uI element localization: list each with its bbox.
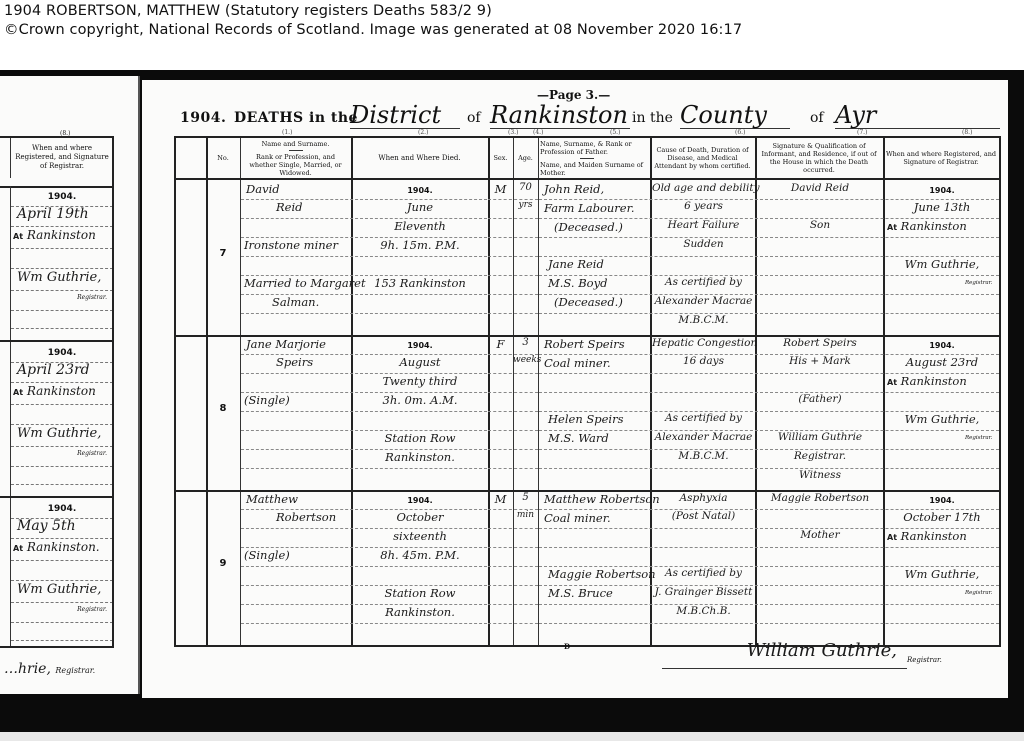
header-parents: Name, Surname, & Rank or Profession of F…: [538, 138, 650, 178]
informant: Son: [757, 219, 883, 231]
footer-registrar-label: Registrar.: [907, 656, 942, 664]
cause-of-death: 6 years: [652, 200, 755, 212]
column-number: (2.): [418, 129, 428, 136]
father-details: (Deceased.): [554, 220, 623, 234]
father-details: Matthew Robertson: [544, 492, 660, 506]
registration-year: 1904.: [885, 496, 999, 505]
death-year: 1904.: [353, 496, 487, 505]
informant: Maggie Robertson: [757, 492, 883, 504]
column-number: (3.): [508, 129, 518, 136]
header-cause: Cause of Death, Duration of Disease, and…: [650, 138, 755, 178]
father-details: Farm Labourer.: [544, 201, 635, 215]
registration-date: August 23rd: [885, 355, 999, 369]
cause-of-death: Alexander Macrae: [652, 295, 755, 307]
registration-place-line: At Rankinston: [887, 374, 967, 388]
footer-signature-line: William Guthrie,: [662, 640, 907, 669]
left-table-border: [0, 136, 114, 648]
deceased-forename: David: [246, 182, 280, 196]
header-when-where: When and Where Died.: [351, 138, 488, 178]
mother-details: (Deceased.): [554, 295, 623, 309]
age-value: 70: [513, 182, 538, 193]
cause-of-death: J. Grainger Bissett: [652, 586, 755, 598]
sex: F: [488, 337, 513, 351]
page-number: —Page 3.—: [537, 88, 610, 102]
header-informant: Signature & Qualification of Informant, …: [755, 138, 883, 178]
register-entry: 9MatthewRobertson(Single)1904.Octobersix…: [176, 490, 999, 645]
header-sex: Sex.: [488, 138, 513, 178]
when-where-died: 3h. 0m. A.M.: [353, 393, 487, 407]
at-label: At: [887, 533, 897, 542]
column-number: (5.): [610, 129, 620, 136]
when-where-died: 8h. 45m. P.M.: [353, 548, 487, 562]
footer-registrar-label: Registrar.: [55, 666, 95, 675]
when-where-died: Rankinston.: [353, 450, 487, 464]
deaths-register-table: No. Name and Surname. Rank or Profession…: [174, 136, 1001, 647]
column-number: (1.): [282, 129, 292, 136]
when-where-died: Station Row: [353, 431, 487, 445]
cause-of-death: Heart Failure: [652, 219, 755, 231]
father-details: Coal miner.: [544, 511, 611, 525]
record-caption: 1904 ROBERTSON, MATTHEW (Statutory regis…: [4, 2, 742, 40]
cause-of-death: M.B.C.M.: [652, 450, 755, 462]
when-where-died: 9h. 15m. P.M.: [353, 238, 487, 252]
entry-number: 7: [206, 248, 240, 259]
age-value: 3: [513, 337, 538, 348]
age-value: 5: [513, 492, 538, 503]
footer-signature: William Guthrie,: [747, 640, 897, 661]
registration-year: 1904.: [885, 341, 999, 350]
cause-of-death: 16 days: [652, 355, 755, 367]
registrar-signature: Wm Guthrie,: [885, 412, 999, 426]
cause-of-death: As certified by: [652, 412, 755, 424]
registration-date: June 13th: [885, 200, 999, 214]
register-page: —Page 3.— 1904. DEATHS in the District o…: [142, 80, 1008, 698]
header-rank-text: Rank or Profession, and whether Single, …: [242, 153, 349, 177]
when-where-died: Twenty third: [353, 374, 487, 388]
mother-details: M.S. Boyd: [548, 276, 607, 290]
column-number: (4.): [533, 129, 543, 136]
county-name: Ayr: [835, 102, 1000, 129]
registration-date: October 17th: [885, 510, 999, 524]
at-label: At: [887, 378, 897, 387]
rank-or-marital-status: Salman.: [272, 295, 319, 309]
registrar-label: Registrar.: [965, 280, 992, 286]
registration-place-line: At Rankinston: [887, 529, 967, 543]
mother-details: M.S. Ward: [548, 431, 609, 445]
mother-details: Maggie Robertson: [548, 567, 656, 581]
deceased-surname: Speirs: [276, 355, 313, 369]
rank-or-marital-status: Ironstone miner: [244, 238, 338, 252]
deceased-surname: Robertson: [276, 510, 336, 524]
header-name-text: Name and Surname.: [242, 140, 349, 148]
record-title: 1904 ROBERTSON, MATTHEW (Statutory regis…: [4, 2, 742, 21]
left-footer-signature: …hrie, Registrar.: [4, 661, 95, 677]
mother-details: M.S. Bruce: [548, 586, 613, 600]
informant: Registrar.: [757, 450, 883, 462]
death-year: 1904.: [353, 186, 487, 195]
header-mother-text: Name, and Maiden Surname of Mother.: [540, 161, 648, 177]
header-registered: When and where Registered, and Signature…: [883, 138, 999, 178]
informant: William Guthrie: [757, 431, 883, 443]
deceased-forename: Jane Marjorie: [246, 337, 326, 351]
registration-place: Rankinston: [897, 374, 967, 388]
informant: His + Mark: [757, 355, 883, 367]
when-where-died: June: [353, 200, 487, 214]
registration-place: Rankinston: [897, 529, 967, 543]
age-unit: yrs: [513, 200, 538, 210]
when-where-died: October: [353, 510, 487, 524]
in-the-label: in the: [632, 110, 673, 126]
header-age: Age.: [513, 138, 538, 178]
register-year: 1904.: [180, 110, 226, 126]
of-label: of: [467, 110, 481, 126]
entry-number: 9: [206, 558, 240, 569]
register-entry: 7DavidReidIronstone minerMarried to Marg…: [176, 180, 999, 335]
death-year: 1904.: [353, 341, 487, 350]
registration-place: Rankinston: [897, 219, 967, 233]
district-name: Rankinston: [490, 102, 630, 129]
sex: M: [488, 492, 513, 506]
table-header: No. Name and Surname. Rank or Profession…: [176, 138, 999, 180]
cause-of-death: Alexander Macrae: [652, 431, 755, 443]
informant: Witness: [757, 469, 883, 481]
at-label: At: [887, 223, 897, 232]
informant: David Reid: [757, 182, 883, 194]
cause-of-death: M.B.Ch.B.: [652, 605, 755, 617]
registration-year: 1904.: [885, 186, 999, 195]
county-word: County: [680, 102, 790, 129]
age-unit: weeks: [513, 355, 538, 365]
registrar-label: Registrar.: [965, 590, 992, 596]
column-number: (6.): [735, 129, 745, 136]
age-unit: min: [513, 510, 538, 520]
father-details: Robert Speirs: [544, 337, 625, 351]
column-number: (8.): [962, 129, 972, 136]
informant: Mother: [757, 529, 883, 541]
mother-details: Jane Reid: [548, 257, 604, 271]
cause-of-death: M.B.C.M.: [652, 314, 755, 326]
copyright-line: ©Crown copyright, National Records of Sc…: [4, 21, 742, 40]
mother-details: Helen Speirs: [548, 412, 624, 426]
when-where-died: sixteenth: [353, 529, 487, 543]
of-label: of: [810, 110, 824, 126]
header-no: No.: [206, 138, 240, 178]
deceased-surname: Reid: [276, 200, 303, 214]
footer-mark: D: [564, 642, 570, 651]
registrar-label: Registrar.: [965, 435, 992, 441]
register-title: 1904. DEATHS in the District of Rankinst…: [180, 102, 1000, 132]
rank-or-marital-status: (Single): [244, 393, 290, 407]
image-bottom-margin: [0, 732, 1024, 741]
registrar-signature: Wm Guthrie,: [885, 257, 999, 271]
when-where-died: August: [353, 355, 487, 369]
rank-or-marital-status: (Single): [244, 548, 290, 562]
entry-number: 8: [206, 403, 240, 414]
when-where-died: 153 Rankinston: [353, 276, 487, 290]
registrar-signature: Wm Guthrie,: [885, 567, 999, 581]
when-where-died: Eleventh: [353, 219, 487, 233]
left-page: (8.) When and where Registered, and Sign…: [0, 76, 140, 694]
cause-of-death: As certified by: [652, 567, 755, 579]
title-prefix: DEATHS in the: [234, 110, 358, 126]
informant: Robert Speirs: [757, 337, 883, 349]
district-word: District: [350, 102, 460, 129]
cause-of-death: Asphyxia: [652, 492, 755, 504]
registration-place-line: At Rankinston: [887, 219, 967, 233]
header-father-text: Name, Surname, & Rank or Profession of F…: [540, 140, 648, 156]
cause-of-death: (Post Natal): [652, 510, 755, 522]
footer-signature: …hrie,: [4, 661, 51, 677]
when-where-died: Rankinston.: [353, 605, 487, 619]
sex: M: [488, 182, 513, 196]
cause-of-death: Old age and debility: [652, 182, 755, 194]
header-name: Name and Surname. Rank or Profession, an…: [240, 138, 351, 178]
father-details: Coal miner.: [544, 356, 611, 370]
when-where-died: Station Row: [353, 586, 487, 600]
cause-of-death: Hepatic Congestion: [652, 337, 755, 349]
rank-or-marital-status: Married to Margaret: [244, 276, 366, 290]
cause-of-death: Sudden: [652, 238, 755, 250]
deceased-forename: Matthew: [246, 492, 298, 506]
father-details: John Reid,: [544, 182, 604, 196]
cause-of-death: As certified by: [652, 276, 755, 288]
informant: (Father): [757, 393, 883, 405]
register-entry: 8Jane MarjorieSpeirs(Single)1904.AugustT…: [176, 335, 999, 490]
column-number: (7.): [857, 129, 867, 136]
